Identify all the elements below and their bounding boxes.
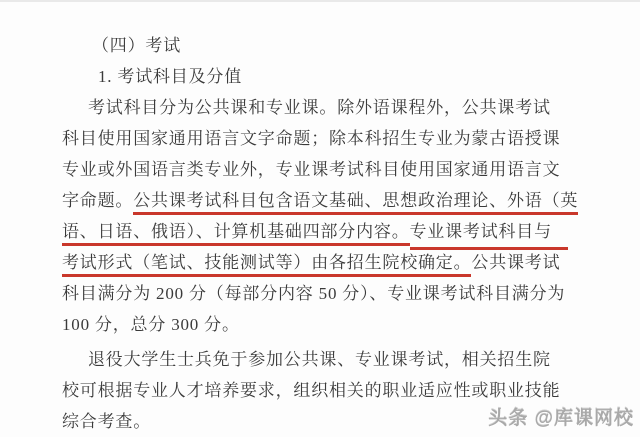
text-segment: （四）考试 bbox=[92, 36, 181, 55]
text-segment: 专业或外国语言类专业外，专业课考试科目使用国家通用语言文 bbox=[62, 160, 560, 179]
text-segment: 考试科目分为公共课和专业课。除外语课程外，公共课考试 bbox=[88, 98, 551, 117]
text-segment: 科目使用国家通用语言文字命题；除本科招生专业为蒙古语授课 bbox=[62, 129, 560, 148]
red-underlined-text: 专业课考试科目与 bbox=[410, 222, 568, 250]
text-segment: 退役大学生士兵免于参加公共课、专业课考试，相关招生院 bbox=[88, 350, 551, 369]
text-segment: 校可根据专业人才培养要求，组织相关的职业适应性或职业技能 bbox=[62, 381, 560, 400]
text-segment: 1. 考试科目及分值 bbox=[98, 67, 242, 86]
text-segment: 100 分，总分 300 分。 bbox=[62, 315, 240, 334]
text-line: 考试形式（笔试、技能测试等）由各招生院校确定。公共课考试 bbox=[62, 247, 602, 278]
red-underlined-text: 语、日语、俄语）、计算机基础四部分内容。 bbox=[62, 222, 410, 246]
text-segment: 综合考查。 bbox=[62, 412, 151, 431]
text-segment: 公共课考试 bbox=[471, 253, 560, 272]
text-segment: 字命题。 bbox=[62, 191, 133, 210]
document-body: （四）考试1. 考试科目及分值考试科目分为公共课和专业课。除外语课程外，公共课考… bbox=[62, 30, 602, 437]
red-underlined-text: 考试形式（笔试、技能测试等）由各招生院校确定。 bbox=[62, 253, 471, 277]
text-line: 科目使用国家通用语言文字命题；除本科招生专业为蒙古语授课 bbox=[62, 123, 602, 154]
text-line: 退役大学生士兵免于参加公共课、专业课考试，相关招生院 bbox=[62, 344, 602, 375]
text-line: 校可根据专业人才培养要求，组织相关的职业适应性或职业技能 bbox=[62, 375, 602, 406]
text-line: 1. 考试科目及分值 bbox=[62, 61, 602, 92]
toutiao-watermark: 头条 @库课网校 bbox=[488, 403, 634, 430]
red-underlined-text: 公共课考试科目包含语文基础、思想政治理论、外语（英 bbox=[133, 191, 578, 215]
text-line: 字命题。公共课考试科目包含语文基础、思想政治理论、外语（英 bbox=[62, 185, 602, 216]
text-line: 语、日语、俄语）、计算机基础四部分内容。专业课考试科目与 bbox=[62, 216, 602, 247]
text-line: 100 分，总分 300 分。 bbox=[62, 309, 602, 340]
text-line: 考试科目分为公共课和专业课。除外语课程外，公共课考试 bbox=[62, 92, 602, 123]
scanned-document-page: （四）考试1. 考试科目及分值考试科目分为公共课和专业课。除外语课程外，公共课考… bbox=[0, 0, 640, 437]
text-line: （四）考试 bbox=[62, 30, 602, 61]
text-line: 专业或外国语言类专业外，专业课考试科目使用国家通用语言文 bbox=[62, 154, 602, 185]
text-segment: 科目满分为 200 分（每部分内容 50 分）、专业课考试科目满分为 bbox=[62, 284, 565, 303]
document-lines: （四）考试1. 考试科目及分值考试科目分为公共课和专业课。除外语课程外，公共课考… bbox=[62, 30, 602, 437]
text-line: 科目满分为 200 分（每部分内容 50 分）、专业课考试科目满分为 bbox=[62, 278, 602, 309]
